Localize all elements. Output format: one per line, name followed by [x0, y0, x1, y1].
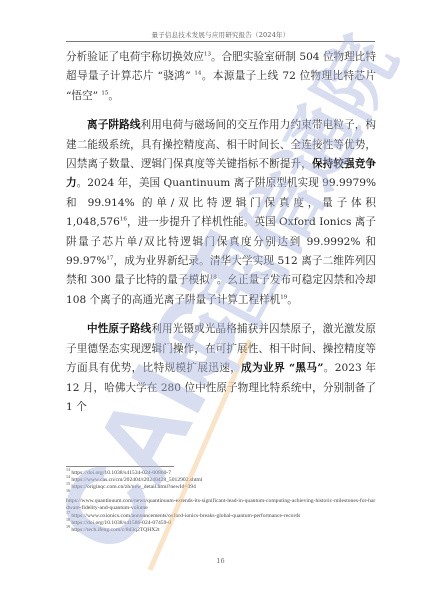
- footnote-number: 17: [66, 510, 70, 515]
- footnote-number: 19: [66, 524, 70, 529]
- footnote-ref[interactable]: 13: [204, 51, 211, 57]
- footnote-link[interactable]: https://www.quantinuum.com/news/quantinu…: [66, 498, 375, 511]
- running-header: 量子信息技术发展与应用研究报告（2024年）: [66, 30, 375, 39]
- paragraph-superconducting-cont: 分析验证了电荷宇称切换效应13。合肥实验室研制 504 位物理比特超导量子计算芯…: [66, 48, 376, 106]
- footnote-divider: [66, 466, 174, 467]
- footnote-link[interactable]: https://www.cas.cn/cm/202404/t20240428_5…: [71, 477, 202, 483]
- footnote-number: 16: [66, 488, 70, 493]
- footnote-link[interactable]: https://doi.org/10.1038/s41586-024-07459…: [71, 520, 171, 526]
- header-divider: [66, 41, 375, 42]
- footnote-link[interactable]: https://www.oxionics.com/announcements/o…: [71, 513, 300, 519]
- footnote-link[interactable]: https://doi.org/10.1038/s41534-024-00860…: [71, 470, 171, 476]
- term-neutral-atom: 中性原子路线: [87, 323, 151, 335]
- footnote-number: 18: [66, 517, 70, 522]
- footnote: 16https://www.quantinuum.com/news/quanti…: [66, 491, 378, 512]
- paragraph-ion-trap: 离子阱路线利用电荷与磁场间的交互作用力约束带电粒子，构建二能级系统，具有操控精度…: [66, 116, 376, 310]
- emphasis: 成为业界 “黑马”: [241, 362, 323, 374]
- footnote: 18 https://doi.org/10.1038/s41586-024-07…: [66, 520, 378, 527]
- footnote-ref[interactable]: 16: [120, 217, 127, 223]
- footnote-number: 14: [66, 474, 70, 479]
- footnote-number: 13: [66, 467, 70, 472]
- footnote-link[interactable]: https://originqc.com.cn/zh/new_detail.ht…: [71, 484, 195, 490]
- footnote: 15 https://originqc.com.cn/zh/new_detail…: [66, 484, 378, 491]
- paragraph-neutral-atom: 中性原子路线利用光镊或光晶格捕获并囚禁原子，激光激发原子里德堡态实现逻辑门操作，…: [66, 320, 376, 417]
- footnote: 19 https://tech.ifeng.com/c/8d3q2TQHX2t: [66, 527, 378, 534]
- text: 。: [287, 294, 298, 306]
- footnotes: 13 https://doi.org/10.1038/s41534-024-00…: [66, 470, 378, 534]
- body-text: 分析验证了电荷宇称切换效应13。合肥实验室研制 504 位物理比特超导量子计算芯…: [66, 48, 376, 417]
- footnote-number: 15: [66, 481, 70, 486]
- text: 分析验证了电荷宇称切换效应: [66, 51, 204, 63]
- footnote-link[interactable]: https://tech.ifeng.com/c/8d3q2TQHX2t: [71, 527, 159, 533]
- footnote-ref[interactable]: 18: [210, 275, 217, 281]
- footnote: 17 https://www.oxionics.com/announcement…: [66, 513, 378, 520]
- term-ion-trap: 离子阱路线: [87, 119, 141, 131]
- page-number: 16: [0, 557, 441, 565]
- text: 。: [108, 90, 119, 102]
